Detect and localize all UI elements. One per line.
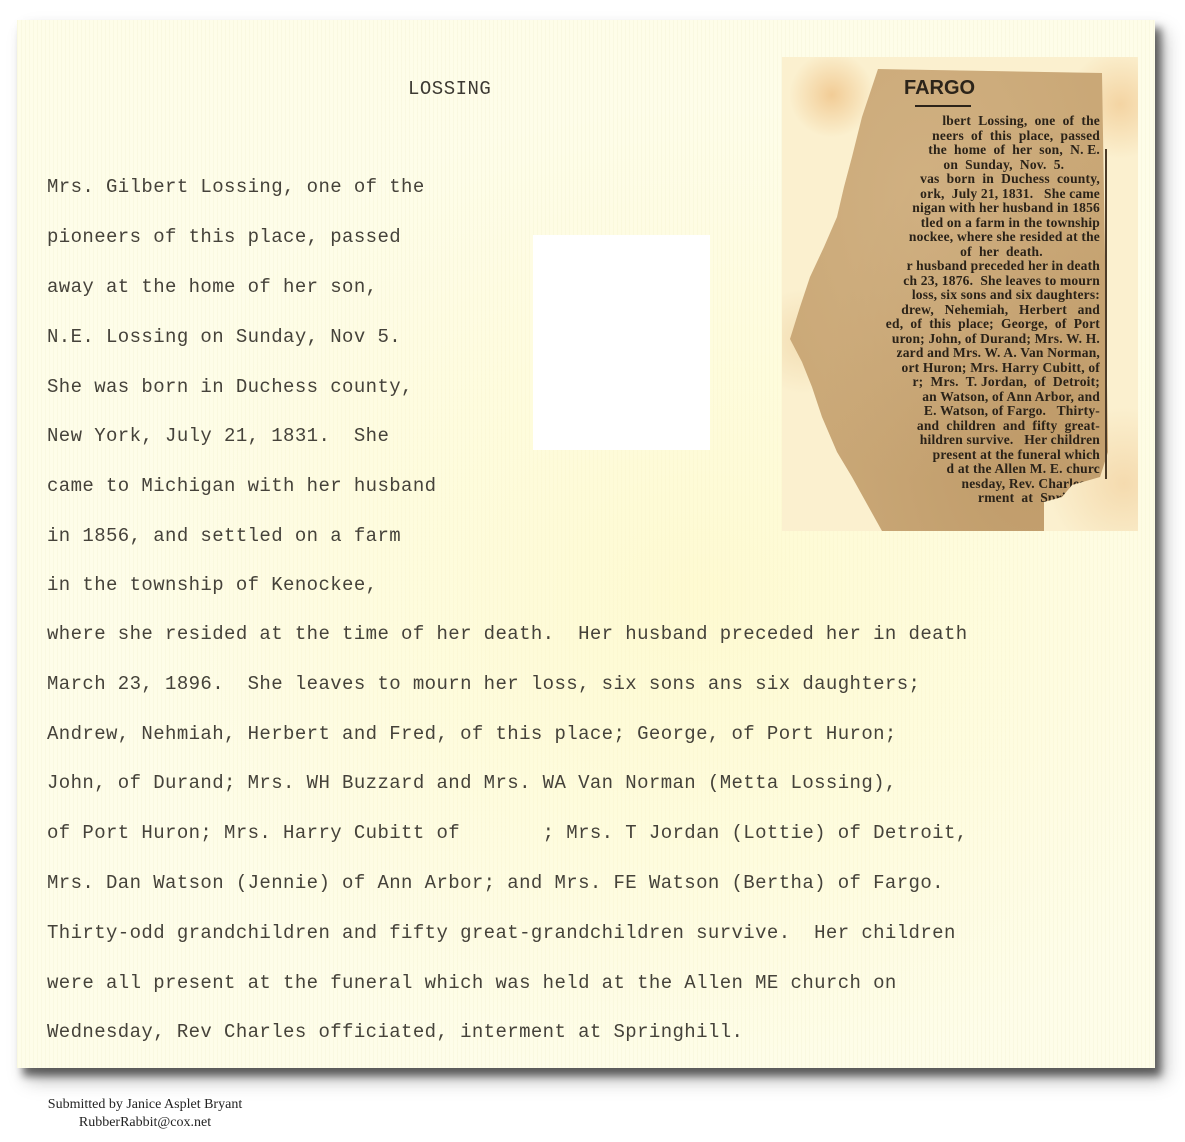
clipping-line: nigan with her husband in 1856: [912, 201, 1100, 215]
clipping-line: and children and fifty great-: [917, 419, 1100, 433]
clipping-line: present at the funeral which: [933, 448, 1100, 462]
clipping-line: hildren survive. Her children: [920, 433, 1100, 447]
typed-line: Wednesday, Rev Charles officiated, inter…: [47, 1021, 743, 1043]
clipping-line: ork, July 21, 1831. She came: [920, 187, 1100, 201]
clipping-line: neers of this place, passed: [932, 129, 1100, 143]
clipping-line: lbert Lossing, one of the: [942, 114, 1100, 128]
typed-line: N.E. Lossing on Sunday, Nov 5.: [47, 326, 401, 348]
typed-line: New York, July 21, 1831. She: [47, 425, 389, 447]
typed-line: Thirty-odd grandchildren and fifty great…: [47, 922, 956, 944]
clipping-line: nesday, Rev. Charles of: [962, 477, 1100, 491]
typed-line: Mrs. Gilbert Lossing, one of the: [47, 176, 425, 198]
typed-line: of Port Huron; Mrs. Harry Cubitt of ; Mr…: [47, 822, 968, 844]
typed-line: John, of Durand; Mrs. WH Buzzard and Mrs…: [47, 772, 897, 794]
typed-line: Andrew, Nehmiah, Herbert and Fred, of th…: [47, 723, 897, 745]
clipping-line: an Watson, of Ann Arbor, and: [922, 390, 1100, 404]
clipping-line: E. Watson, of Fargo. Thirty-: [924, 404, 1100, 418]
clipping-line: r; Mrs. T. Jordan, of Detroit;: [912, 375, 1100, 389]
clipping-line: ch 23, 1876. She leaves to mourn: [903, 274, 1100, 288]
clipping-line: rment at Springhill: [978, 491, 1100, 505]
typed-line: pioneers of this place, passed: [47, 226, 401, 248]
typed-line: in 1856, and settled on a farm: [47, 525, 401, 547]
clipping-line: loss, six sons and six daughters:: [912, 288, 1100, 302]
clipping-heading-rule: [915, 105, 971, 107]
typed-line: away at the home of her son,: [47, 276, 377, 298]
clipping-line: d at the Allen M. E. churc: [947, 462, 1100, 476]
typed-line: in the township of Kenockee,: [47, 574, 377, 596]
clipping-line: r husband preceded her in death: [907, 259, 1100, 273]
typed-line: where she resided at the time of her dea…: [47, 623, 968, 645]
clipping-line: ed, of this place; George, of Port: [886, 317, 1100, 331]
column-rule: [1105, 149, 1107, 479]
clipping-line: drew, Nehemiah, Herbert and: [901, 303, 1100, 317]
clipping-line: nockee, where she resided at the: [909, 230, 1100, 244]
typed-line: She was born in Duchess county,: [47, 376, 413, 398]
typed-line: Mrs. Dan Watson (Jennie) of Ann Arbor; a…: [47, 872, 944, 894]
submitter-email: RubberRabbit@cox.net: [0, 1115, 290, 1131]
newspaper-clipping: FARGO lbert Lossing, one of theneers of …: [782, 57, 1138, 531]
clipping-line: vas born in Duchess county,: [920, 172, 1100, 186]
clipping-line: ort Huron; Mrs. Harry Cubitt, of: [902, 361, 1101, 375]
typed-line: were all present at the funeral which wa…: [47, 972, 897, 994]
clipping-heading: FARGO: [904, 77, 975, 100]
clipping-line: the home of her son, N. E.: [928, 143, 1100, 157]
clipping-line: zard and Mrs. W. A. Van Norman,: [897, 346, 1101, 360]
page-title: LOSSING: [408, 78, 491, 100]
clipping-line: on Sunday, Nov. 5.: [943, 158, 1100, 172]
clipping-line: tled on a farm in the township: [921, 216, 1100, 230]
blank-paper-patch: [533, 235, 710, 450]
submitted-by-credit: Submitted by Janice Asplet Bryant: [0, 1097, 290, 1113]
newspaper-clipping-mount: FARGO lbert Lossing, one of theneers of …: [782, 57, 1138, 531]
clipping-line: uron; John, of Durand; Mrs. W. H.: [892, 332, 1100, 346]
typed-line: came to Michigan with her husband: [47, 475, 436, 497]
typed-line: March 23, 1896. She leaves to mourn her …: [47, 673, 920, 695]
clipping-line: of her death.: [960, 245, 1100, 259]
